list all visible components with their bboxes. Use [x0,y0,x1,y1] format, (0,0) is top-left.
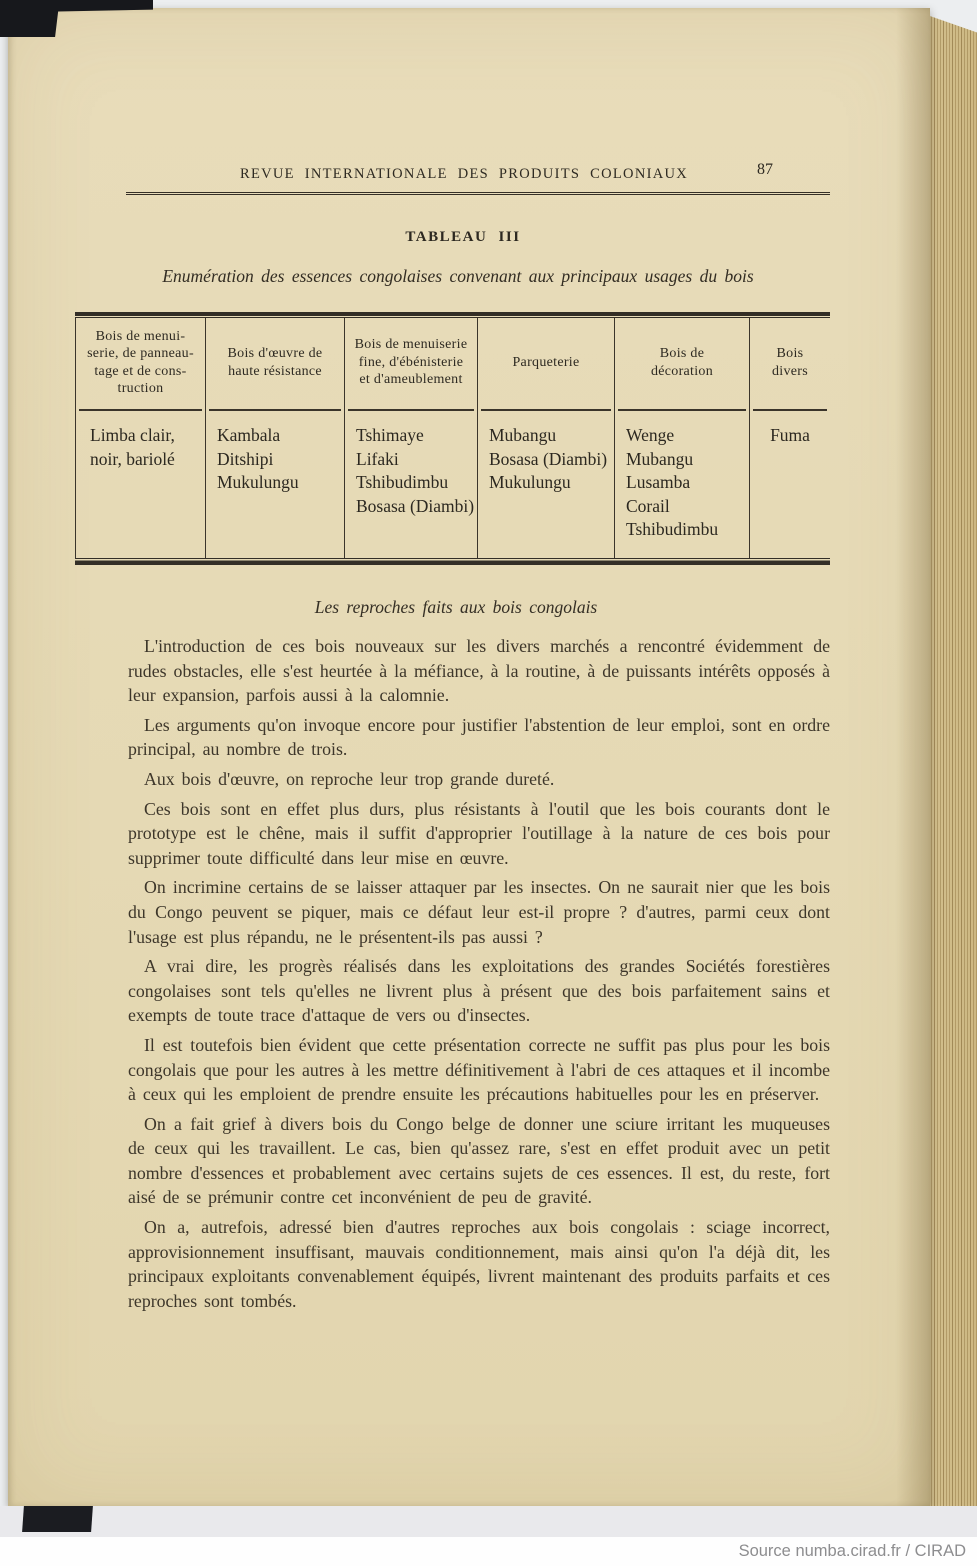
paragraph-6: A vrai dire, les progrès réalisés dans l… [128,954,830,1028]
body-text: L'introduction de ces bois nouveaux sur … [128,634,830,1318]
header-rule [126,192,830,195]
scanned-document-view: REVUE INTERNATIONALE DES PRODUITS COLONI… [0,0,977,1566]
source-label: Source numba.cirad.fr / CIRAD [739,1542,966,1561]
table-cell-menuiserie: Limba clair, noir, bariolé [75,411,206,558]
paragraph-9: On a, autrefois, adressé bien d'autres r… [128,1215,830,1313]
paragraph-7: Il est toutefois bien évident que cette … [128,1033,830,1107]
paragraph-4: Ces bois sont en effet plus durs, plus r… [128,797,830,871]
journal-title: REVUE INTERNATIONALE DES PRODUITS COLONI… [240,166,680,183]
table-title: TABLEAU III [128,229,798,246]
table-col-header-menuiserie: Bois de menui- serie, de panneau- tage e… [75,318,206,411]
table-col-header-ebenisterie: Bois de menuiserie fine, d'ébénisterie e… [345,318,478,411]
table-caption: Enumération des essences congolaises con… [121,266,795,287]
table-cell-oeuvre: Kambala Ditshipi Mukulungu [206,411,345,558]
table-col-header-decoration: Bois de décoration [615,318,750,411]
table-col-header-parqueterie: Parqueterie [478,318,615,411]
scanned-page: REVUE INTERNATIONALE DES PRODUITS COLONI… [8,8,930,1506]
paragraph-8: On a fait grief à divers bois du Congo b… [128,1112,830,1210]
scan-background [0,1506,977,1537]
book-binding-bottom [22,1506,93,1532]
table-col-header-oeuvre: Bois d'œuvre de haute résistance [206,318,345,411]
page-number: 87 [757,161,773,179]
table-cell-decoration: Wenge Mubangu Lusamba Corail Tshibudimbu [615,411,750,558]
paragraph-2: Les arguments qu'on invoque encore pour … [128,713,830,762]
species-table: Bois de menui- serie, de panneau- tage e… [75,312,830,565]
table-bottom-rule [75,558,830,565]
paragraph-3: Aux bois d'œuvre, on reproche leur trop … [128,767,830,792]
section-heading: Les reproches faits aux bois congolais [121,597,791,618]
paragraph-5: On incrimine certains de se laisser atta… [128,875,830,949]
table-cell-ebenisterie: Tshimaye Lifaki Tshibudimbu Bosasa (Diam… [345,411,478,558]
table-col-header-divers: Bois divers [750,318,830,411]
table-cell-parqueterie: Mubangu Bosasa (Diambi) Mukulungu [478,411,615,558]
table-cell-divers: Fuma [750,411,830,558]
table-grid: Bois de menui- serie, de panneau- tage e… [75,318,830,558]
paragraph-1: L'introduction de ces bois nouveaux sur … [128,634,830,708]
source-footer: Source numba.cirad.fr / CIRAD [0,1537,977,1566]
